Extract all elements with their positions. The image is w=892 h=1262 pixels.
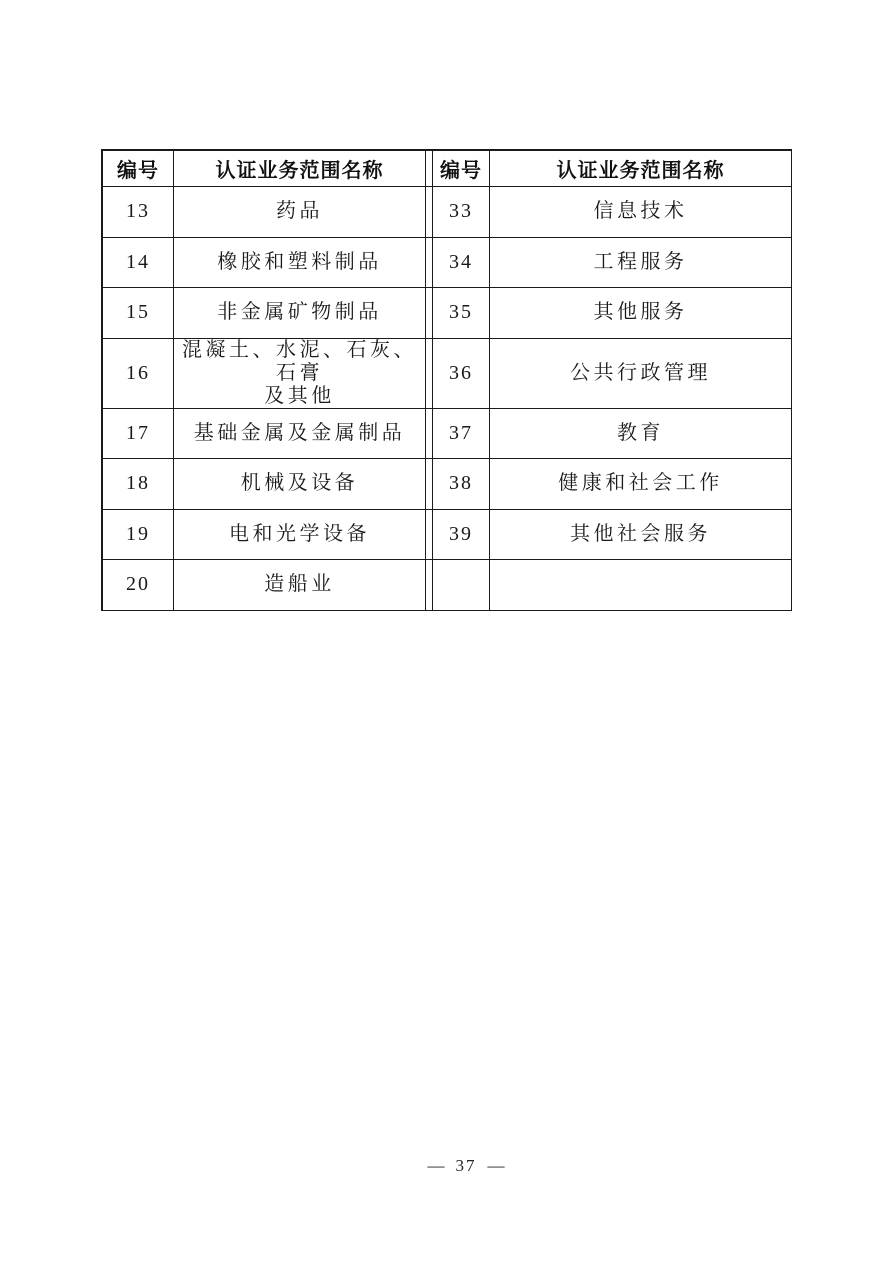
row-number-cell: 35 xyxy=(433,288,490,339)
table-row: 16混凝土、水泥、石灰、石膏 及其他36公共行政管理 xyxy=(103,339,792,409)
scope-name-cell: 教育 xyxy=(490,409,792,460)
column-header-number-right: 编号 xyxy=(433,151,490,187)
row-number-cell: 17 xyxy=(103,409,174,460)
certification-scope-table: 编号 认证业务范围名称 编号 认证业务范围名称 13药品33信息技术14橡胶和塑… xyxy=(101,149,792,611)
row-number-cell: 14 xyxy=(103,238,174,289)
column-gap-cell xyxy=(426,459,433,510)
scope-name-cell: 电和光学设备 xyxy=(174,510,426,561)
footer-dash-right: — xyxy=(488,1156,505,1176)
scope-name-cell: 基础金属及金属制品 xyxy=(174,409,426,460)
table-row: 19电和光学设备39其他社会服务 xyxy=(103,510,792,561)
column-gap-header xyxy=(426,151,433,187)
row-number-cell: 16 xyxy=(103,339,174,409)
page-footer: —37— xyxy=(0,1156,892,1176)
scope-name-cell: 健康和社会工作 xyxy=(490,459,792,510)
table-row: 14橡胶和塑料制品34工程服务 xyxy=(103,238,792,289)
row-number-cell: 15 xyxy=(103,288,174,339)
scope-name-cell: 机械及设备 xyxy=(174,459,426,510)
page-number: 37 xyxy=(456,1156,477,1176)
row-number-cell: 13 xyxy=(103,187,174,238)
scope-name-cell: 工程服务 xyxy=(490,238,792,289)
row-number-cell: 19 xyxy=(103,510,174,561)
column-header-number-left: 编号 xyxy=(103,151,174,187)
column-gap-cell xyxy=(426,510,433,561)
row-number-cell: 34 xyxy=(433,238,490,289)
scope-name-cell: 信息技术 xyxy=(490,187,792,238)
row-number-cell xyxy=(433,560,490,611)
row-number-cell: 38 xyxy=(433,459,490,510)
table-row: 20造船业 xyxy=(103,560,792,611)
column-gap-cell xyxy=(426,238,433,289)
scope-name-cell: 公共行政管理 xyxy=(490,339,792,409)
footer-dash-left: — xyxy=(428,1156,445,1176)
scope-name-cell: 橡胶和塑料制品 xyxy=(174,238,426,289)
row-number-cell: 33 xyxy=(433,187,490,238)
scope-name-cell: 混凝土、水泥、石灰、石膏 及其他 xyxy=(174,339,426,409)
table-row: 17基础金属及金属制品37教育 xyxy=(103,409,792,460)
scope-name-cell xyxy=(490,560,792,611)
row-number-cell: 37 xyxy=(433,409,490,460)
row-number-cell: 39 xyxy=(433,510,490,561)
column-gap-cell xyxy=(426,409,433,460)
scope-name-cell: 其他社会服务 xyxy=(490,510,792,561)
scope-name-cell: 造船业 xyxy=(174,560,426,611)
scope-name-cell: 非金属矿物制品 xyxy=(174,288,426,339)
document-page: 编号 认证业务范围名称 编号 认证业务范围名称 13药品33信息技术14橡胶和塑… xyxy=(0,0,892,1262)
scope-name-cell: 其他服务 xyxy=(490,288,792,339)
table-header-row: 编号 认证业务范围名称 编号 认证业务范围名称 xyxy=(103,151,792,187)
table-body: 13药品33信息技术14橡胶和塑料制品34工程服务15非金属矿物制品35其他服务… xyxy=(103,187,792,611)
column-header-scope-name-right: 认证业务范围名称 xyxy=(490,151,792,187)
column-gap-cell xyxy=(426,560,433,611)
row-number-cell: 20 xyxy=(103,560,174,611)
column-gap-cell xyxy=(426,339,433,409)
row-number-cell: 18 xyxy=(103,459,174,510)
scope-name-cell: 药品 xyxy=(174,187,426,238)
table-row: 13药品33信息技术 xyxy=(103,187,792,238)
row-number-cell: 36 xyxy=(433,339,490,409)
page-number-block: —37— xyxy=(428,1156,505,1176)
table-row: 15非金属矿物制品35其他服务 xyxy=(103,288,792,339)
column-gap-cell xyxy=(426,187,433,238)
table-row: 18机械及设备38健康和社会工作 xyxy=(103,459,792,510)
column-gap-cell xyxy=(426,288,433,339)
column-header-scope-name-left: 认证业务范围名称 xyxy=(174,151,426,187)
